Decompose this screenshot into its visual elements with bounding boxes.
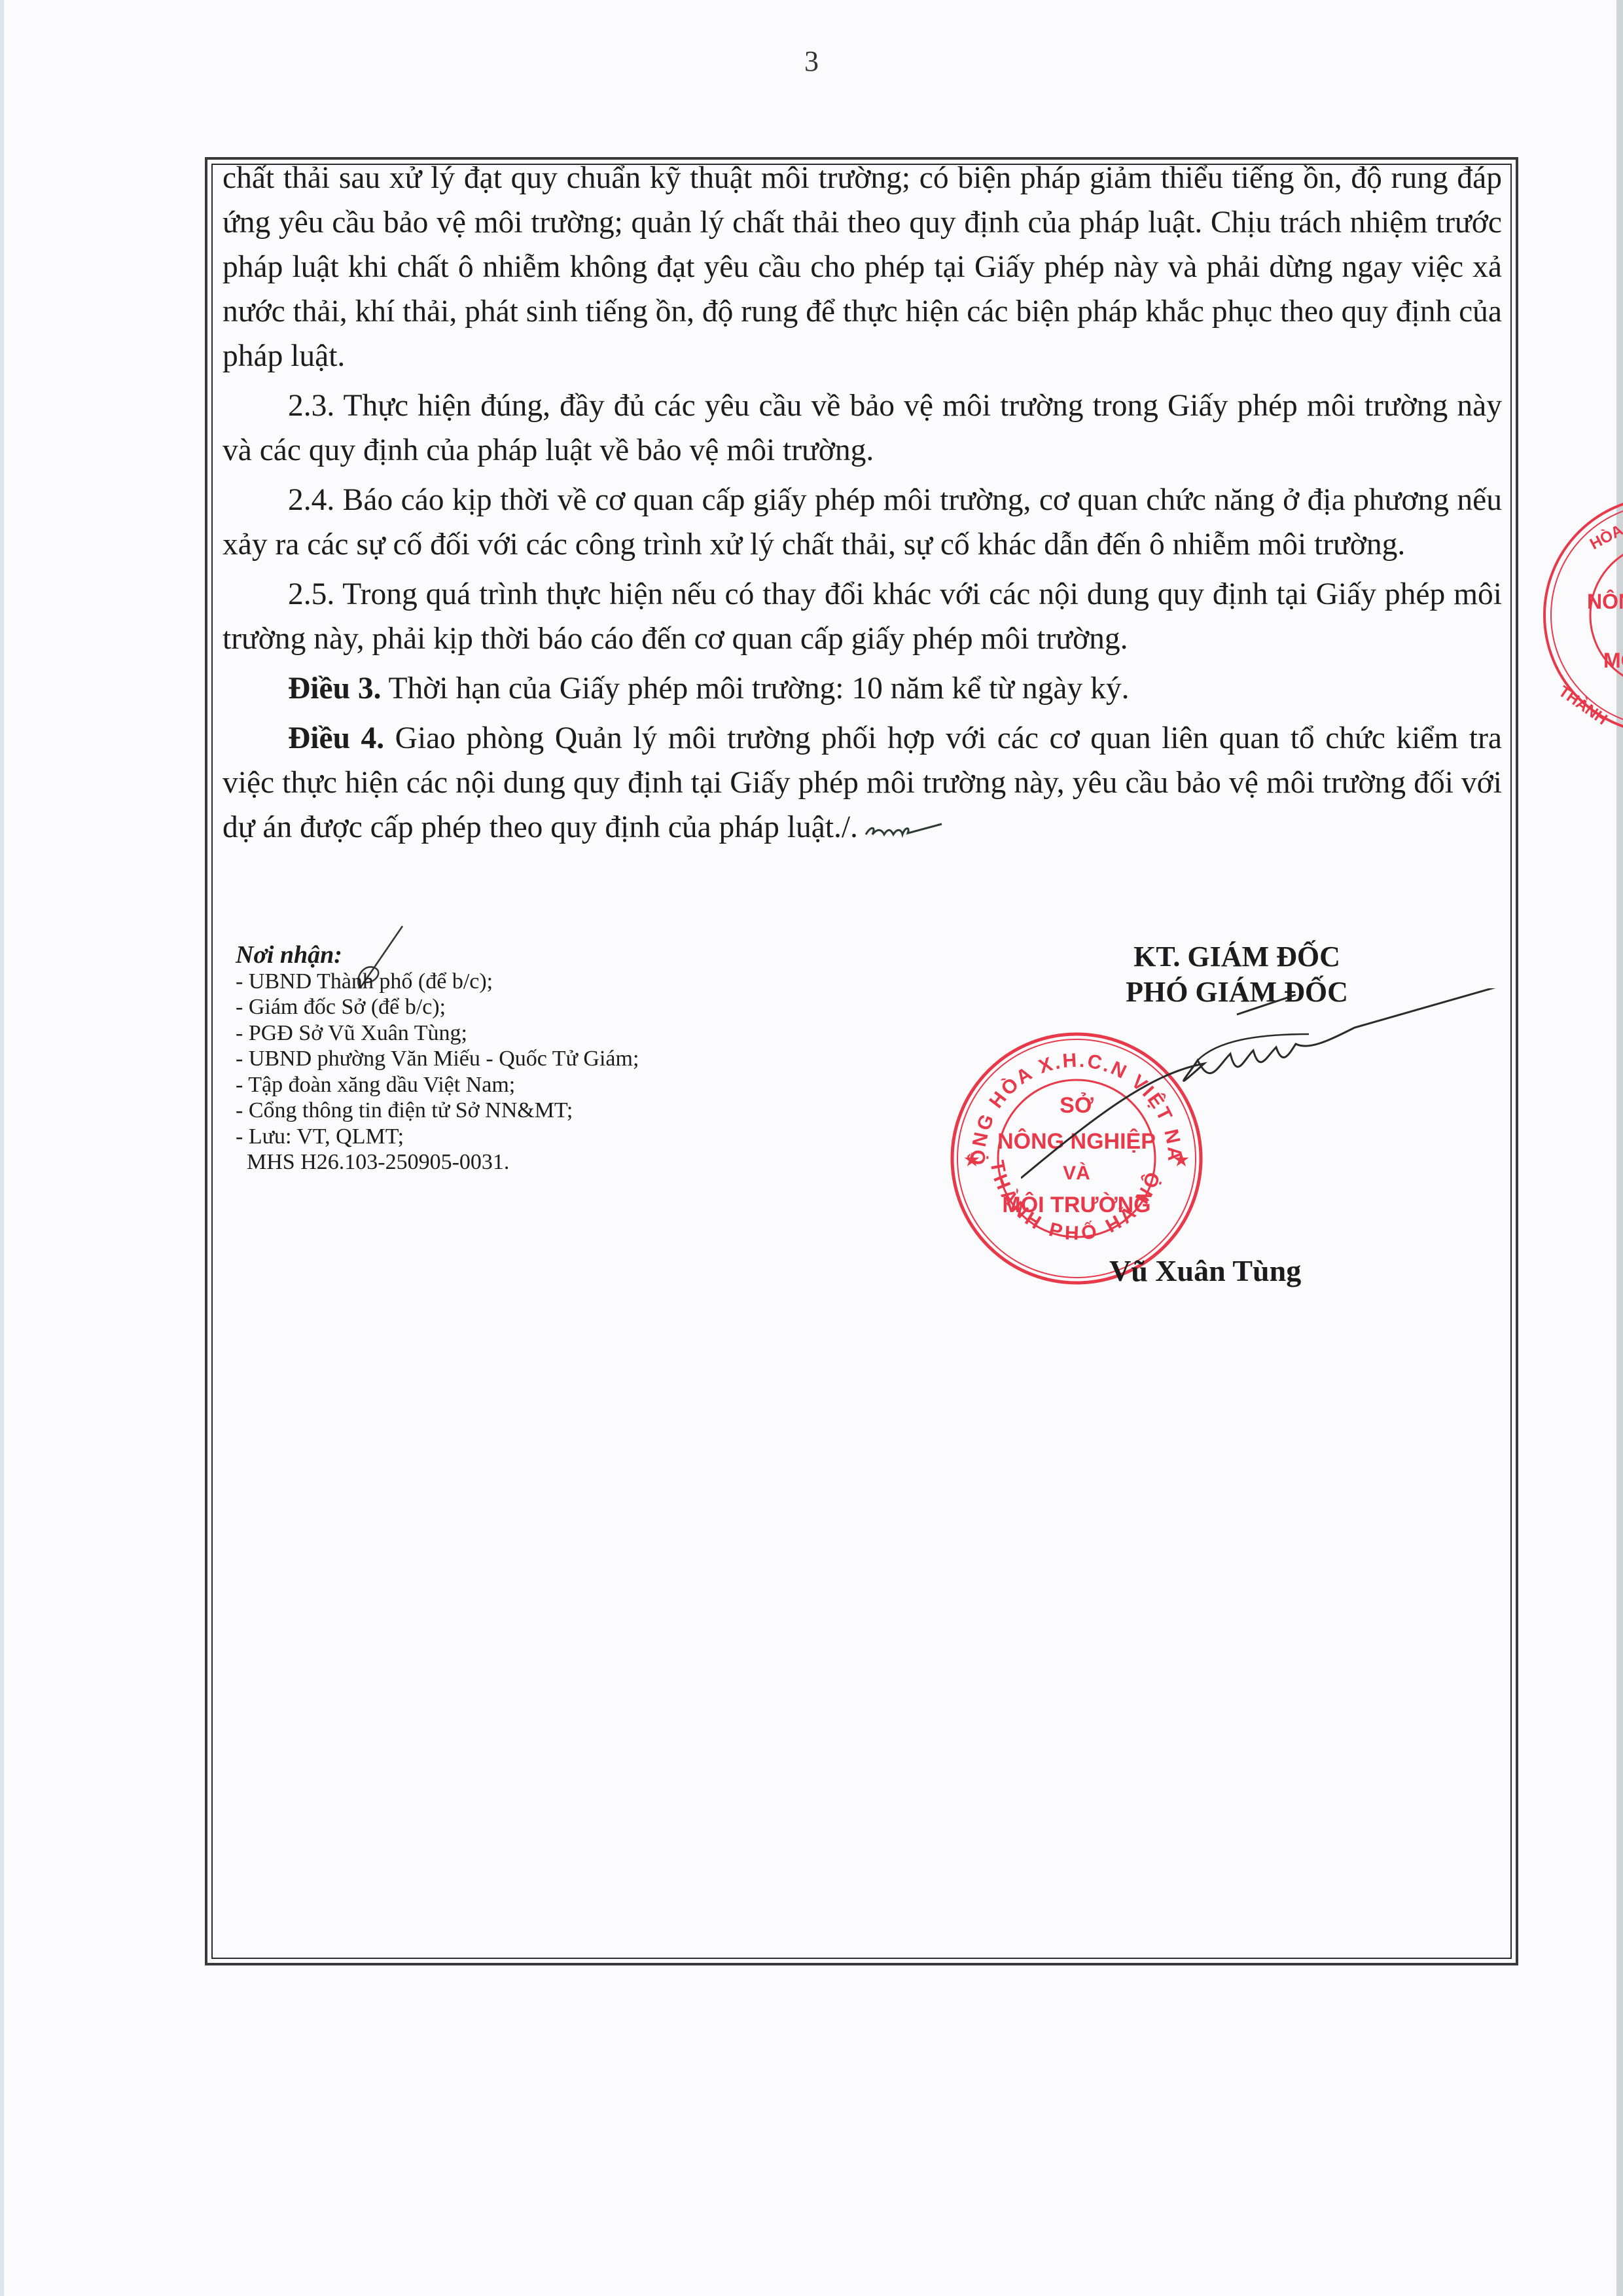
article-3-text: Thời hạn của Giấy phép môi trường: 10 nă… <box>382 672 1130 706</box>
recipient-item: MHS H26.103-250905-0031. <box>236 1149 639 1175</box>
partial-seal-icon: HÒA X NÔN MÔ THÀNH <box>1531 478 1623 740</box>
svg-text:THÀNH: THÀNH <box>1556 682 1611 728</box>
recipient-item: - Cổng thông tin điện tử Sở NN&MT; <box>236 1098 639 1124</box>
page-number: 3 <box>0 45 1623 78</box>
scan-edge-right <box>1616 0 1623 2296</box>
paragraph-2-3: 2.3. Thực hiện đúng, đầy đủ các yêu cầu … <box>223 384 1502 473</box>
svg-text:MÔI TRƯỜNG: MÔI TRƯỜNG <box>1002 1192 1150 1217</box>
article-4-text: Giao phòng Quản lý môi trường phối hợp v… <box>223 721 1502 844</box>
svg-text:MÔ: MÔ <box>1603 649 1623 672</box>
svg-text:★: ★ <box>963 1149 981 1171</box>
paragraph-2-4: 2.4. Báo cáo kịp thời về cơ quan cấp giấ… <box>223 478 1502 567</box>
recipient-item: - PGĐ Sở Vũ Xuân Tùng; <box>236 1020 639 1047</box>
article-4: Điều 4. Giao phòng Quản lý môi trường ph… <box>223 716 1502 850</box>
recipient-item: - Lưu: VT, QLMT; <box>236 1124 639 1150</box>
article-4-label: Điều 4. <box>288 721 384 755</box>
document-body: chất thải sau xử lý đạt quy chuẩn kỹ thu… <box>223 156 1502 855</box>
recipients-block: Nơi nhận: - UBND Thành phố (để b/c); - G… <box>236 942 639 1175</box>
recipient-item: - Tập đoàn xăng dầu Việt Nam; <box>236 1072 639 1098</box>
recipients-list: - UBND Thành phố (để b/c); - Giám đốc Sở… <box>236 969 639 1175</box>
article-3: Điều 3. Thời hạn của Giấy phép môi trườn… <box>223 666 1502 711</box>
recipient-item: - UBND phường Văn Miếu - Quốc Tử Giám; <box>236 1046 639 1072</box>
signer-name: Vũ Xuân Tùng <box>1109 1253 1301 1288</box>
partial-seal-edge: HÒA X NÔN MÔ THÀNH <box>1531 478 1623 740</box>
initial-flourish-icon <box>865 820 943 840</box>
paragraph-continuation: chất thải sau xử lý đạt quy chuẩn kỹ thu… <box>223 156 1502 378</box>
paragraph-2-5: 2.5. Trong quá trình thực hiện nếu có th… <box>223 572 1502 661</box>
recipient-item: - Giám đốc Sở (để b/c); <box>236 994 639 1020</box>
handwritten-signature-icon <box>1021 988 1538 1185</box>
recipients-title: Nơi nhận: <box>236 942 639 969</box>
recipient-item: - UBND Thành phố (để b/c); <box>236 969 639 995</box>
signature-title-line1: KT. GIÁM ĐỐC <box>1060 939 1414 975</box>
svg-text:NÔN: NÔN <box>1587 590 1623 613</box>
scan-edge-left <box>0 0 4 2296</box>
article-3-label: Điều 3. <box>288 672 382 706</box>
